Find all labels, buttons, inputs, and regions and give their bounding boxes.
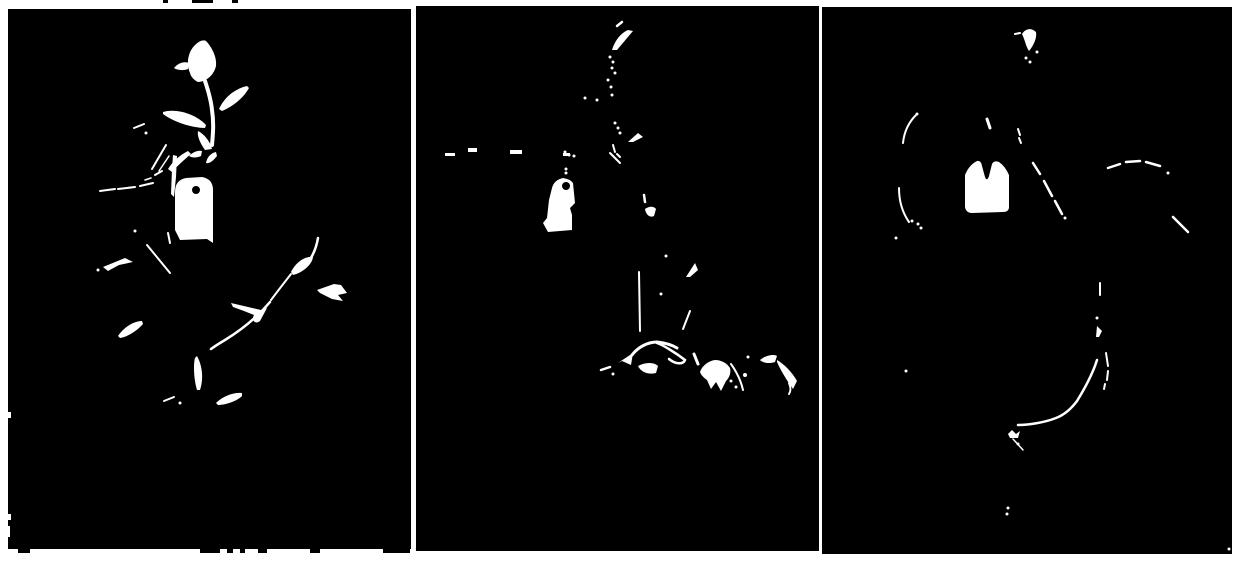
panel-background xyxy=(822,7,1232,554)
ragged-bottom-edge xyxy=(240,549,245,553)
mid-specks xyxy=(619,132,622,135)
wire-right-dash-b xyxy=(1107,371,1108,380)
bottom-specks xyxy=(1017,443,1020,446)
ragged-bottom-edge xyxy=(200,549,220,553)
cluster-dots xyxy=(747,356,750,359)
support-stick-dashes xyxy=(445,153,455,156)
tag-string-dots xyxy=(568,154,571,157)
left-edge-ticks xyxy=(8,412,11,418)
scan-noise-speck xyxy=(163,0,168,3)
tag-string-dots xyxy=(564,151,567,154)
cluster-dots xyxy=(743,373,747,377)
stem-speck-trail xyxy=(609,56,612,59)
left-edge-ticks xyxy=(8,514,11,520)
lower-dot xyxy=(665,255,668,258)
right-arc-dash-b xyxy=(1126,161,1140,162)
top-specks xyxy=(1025,57,1028,60)
ragged-bottom-edge xyxy=(310,549,320,553)
mid-specks xyxy=(614,122,617,125)
tag-string-dots xyxy=(565,172,568,175)
figure xyxy=(0,0,1240,562)
specimen-panel-1 xyxy=(8,9,411,554)
cluster-dots xyxy=(730,380,733,383)
scan-noise-speck xyxy=(192,0,213,3)
ragged-bottom-edge xyxy=(18,549,30,553)
cluster-dots xyxy=(660,293,663,296)
branch-dot xyxy=(1064,217,1067,220)
left-arc-specks xyxy=(905,370,908,373)
stem-speck-trail xyxy=(614,72,617,75)
left-arc-specks xyxy=(895,237,898,240)
stem-speck-trail xyxy=(611,94,614,97)
ragged-bottom-edge xyxy=(258,549,267,553)
hanging-stem-line xyxy=(639,272,640,331)
tag-string-dots xyxy=(573,155,576,158)
tag-string-dots xyxy=(565,168,568,171)
left-arc-specks xyxy=(917,223,920,226)
hang-tag-hole xyxy=(192,186,200,194)
left-arc-dot xyxy=(916,113,919,116)
ragged-bottom-edge xyxy=(383,549,410,553)
wire-right-dash-c xyxy=(1104,384,1105,389)
cluster-dots xyxy=(735,386,738,389)
stem-speck-trail xyxy=(596,99,599,102)
far-left-dot xyxy=(612,373,615,376)
panel-background xyxy=(416,6,819,551)
mid-specks xyxy=(617,127,620,130)
support-stick-dashes xyxy=(510,150,522,154)
support-stick-dashes xyxy=(468,148,477,152)
hang-tag-hole xyxy=(562,182,570,190)
stem-speck-trail xyxy=(612,61,615,64)
top-shoot-dash xyxy=(1015,33,1020,34)
specimen-panel-2 xyxy=(416,6,819,551)
left-arc-specks xyxy=(911,220,914,223)
lower-left-dot xyxy=(97,269,100,272)
stem-speck-trail xyxy=(584,97,587,100)
top-specks xyxy=(1029,61,1032,64)
stem-speck-trail xyxy=(611,67,614,70)
right-arc-dot xyxy=(1167,172,1170,175)
specimen-panel-3 xyxy=(822,7,1232,554)
left-arc-specks xyxy=(920,227,923,230)
mid-speck xyxy=(134,230,137,233)
bottom-specks xyxy=(1228,548,1231,551)
leaf-streak-dot xyxy=(145,132,148,135)
top-specks xyxy=(1036,51,1039,54)
ragged-bottom-edge xyxy=(227,549,233,553)
base-dot xyxy=(179,402,182,405)
stem-speck-trail xyxy=(607,79,610,82)
bottom-specks xyxy=(1006,513,1009,516)
lower-stem-dash xyxy=(644,195,645,202)
left-edge-ticks xyxy=(8,526,10,537)
bottom-specks xyxy=(1007,507,1010,510)
scan-noise-speck xyxy=(232,0,238,3)
wire-bud-dot xyxy=(1096,317,1099,320)
stem-speck-trail xyxy=(610,86,613,89)
